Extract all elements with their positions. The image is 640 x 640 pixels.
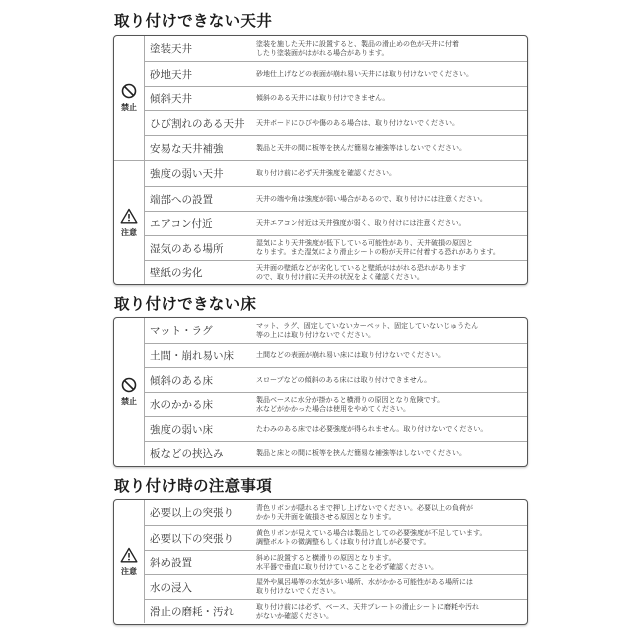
row-name: 土間・崩れ易い床 — [145, 348, 256, 363]
group-icon-column: 注意 — [114, 500, 145, 623]
table-row: ひび割れのある天井天井ボードにひびや傷のある場合は、取り付けないでください。 — [145, 110, 527, 135]
row-name: 安易な天井補強 — [145, 141, 256, 156]
row-name: エアコン付近 — [145, 216, 256, 231]
group-prohibited: 禁止 塗装天井塗装を施した天井に設置すると、製品の滑止めの色が天井に付着 したり… — [114, 36, 527, 160]
row-desc: 湿気により天井強度が低下している可能性があり、天井破損の原因と なります。また湿… — [256, 239, 527, 256]
row-name: 水の浸入 — [145, 580, 256, 595]
row-desc: マット、ラグ、固定していないカーペット、固定していないじゅうたん 等の上には取り… — [256, 322, 527, 339]
row-desc: 取り付け前には必ず、ベース、天井プレートの滑止シートに磨耗や汚れ がないか確認く… — [256, 603, 527, 620]
row-desc: 砂地仕上げなどの表面が崩れ易い天井には取り付けないでください。 — [256, 70, 527, 79]
row-name: 強度の弱い床 — [145, 422, 256, 437]
table-row: 強度の弱い床たわみのある床では必要強度が得られません。取り付けないでください。 — [145, 416, 527, 441]
row-desc: 傾斜のある天井には取り付けできません。 — [256, 94, 527, 103]
table-row: マット・ラグマット、ラグ、固定していないカーペット、固定していないじゅうたん 等… — [145, 318, 527, 343]
group-label-prohibited: 禁止 — [121, 396, 137, 407]
prohibition-icon — [121, 377, 137, 393]
table-row: 傾斜天井傾斜のある天井には取り付けできません。 — [145, 86, 527, 110]
table-row: 壁紙の劣化天井面の壁紙などが劣化していると壁紙がはがれる恐れがあります ので、取… — [145, 260, 527, 284]
row-name: 傾斜のある床 — [145, 373, 256, 388]
row-name: 必要以上の突張り — [145, 505, 256, 520]
group-icon-column: 注意 — [114, 161, 145, 284]
row-desc: 天井エアコン付近は天井強度が弱く、取り付けには注意ください。 — [256, 219, 527, 228]
table-row: 必要以下の突張り黄色リボンが見えている場合は製品としての必要強度が不足しています… — [145, 525, 527, 550]
group-label-caution: 注意 — [121, 566, 137, 577]
table-row: 滑止の磨耗・汚れ取り付け前には必ず、ベース、天井プレートの滑止シートに磨耗や汚れ… — [145, 599, 527, 623]
group-icon-column: 禁止 — [114, 318, 145, 465]
section-title-installation-cautions: 取り付け時の注意事項 — [114, 474, 272, 496]
row-desc: 天井の端や角は強度が弱い場合があるので、取り付けには注意ください。 — [256, 195, 527, 204]
row-desc: 天井面の壁紙などが劣化していると壁紙がはがれる恐れがあります ので、取り付け前に… — [256, 264, 527, 281]
row-desc: 黄色リボンが見えている場合は製品としての必要強度が不足しています。 調整ボルトの… — [256, 529, 527, 546]
row-name: 水のかかる床 — [145, 397, 256, 412]
row-desc: 製品と床との間に板等を挟んだ簡易な補強等はしないでください。 — [256, 449, 527, 458]
table-row: 塗装天井塗装を施した天井に設置すると、製品の滑止めの色が天井に付着 したり塗装面… — [145, 36, 527, 61]
table-row: 斜め設置斜めに設置すると横滑りの原因となります。 水平器で垂直に取り付けているこ… — [145, 550, 527, 574]
group-caution: 注意 必要以上の突張り青色リボンが隠れるまで押し上げないでください。必要以上の負… — [114, 500, 527, 623]
row-desc: 製品ベースに水分が掛かると横滑りの原因となり危険です。 水などがかかった場合は使… — [256, 396, 527, 413]
group-prohibited: 禁止 マット・ラグマット、ラグ、固定していないカーペット、固定していないじゅうた… — [114, 318, 527, 465]
row-name: 塗装天井 — [145, 41, 256, 56]
row-name: 砂地天井 — [145, 67, 256, 82]
row-name: 壁紙の劣化 — [145, 265, 256, 280]
row-desc: 屋外や風呂場等の水気が多い場所、水がかかる可能性がある場所には 取り付けないでく… — [256, 578, 527, 595]
table-row: エアコン付近天井エアコン付近は天井強度が弱く、取り付けには注意ください。 — [145, 211, 527, 235]
table-row: 砂地天井砂地仕上げなどの表面が崩れ易い天井には取り付けないでください。 — [145, 61, 527, 86]
table-row: 端部への設置天井の端や角は強度が弱い場合があるので、取り付けには注意ください。 — [145, 186, 527, 211]
warning-icon — [120, 547, 138, 563]
table-row: 安易な天井補強製品と天井の間に板等を挟んだ簡易な補強等はしないでください。 — [145, 135, 527, 160]
row-desc: 取り付け前に必ず天井強度を確認ください。 — [256, 169, 527, 178]
row-name: 板などの挟込み — [145, 446, 256, 461]
group-label-caution: 注意 — [121, 227, 137, 238]
row-desc: たわみのある床では必要強度が得られません。取り付けないでください。 — [256, 425, 527, 434]
row-name: ひび割れのある天井 — [145, 116, 256, 131]
row-desc: 青色リボンが隠れるまで押し上げないでください。必要以上の負荷が かかり天井面を破… — [256, 504, 527, 521]
warning-icon — [120, 208, 138, 224]
row-name: 斜め設置 — [145, 555, 256, 570]
group-label-prohibited: 禁止 — [121, 102, 137, 113]
table-row: 湿気のある場所湿気により天井強度が低下している可能性があり、天井破損の原因と な… — [145, 235, 527, 260]
row-desc: 天井ボードにひびや傷のある場合は、取り付けないでください。 — [256, 119, 527, 128]
floor-restrictions-table: 禁止 マット・ラグマット、ラグ、固定していないカーペット、固定していないじゅうた… — [113, 317, 528, 467]
section-title-floor: 取り付けできない床 — [114, 292, 256, 314]
table-row: 強度の弱い天井取り付け前に必ず天井強度を確認ください。 — [145, 161, 527, 186]
prohibition-icon — [121, 83, 137, 99]
row-desc: スロープなどの傾斜のある床には取り付けできません。 — [256, 376, 527, 385]
table-row: 傾斜のある床スロープなどの傾斜のある床には取り付けできません。 — [145, 367, 527, 392]
row-name: 傾斜天井 — [145, 91, 256, 106]
table-row: 水の浸入屋外や風呂場等の水気が多い場所、水がかかる可能性がある場所には 取り付け… — [145, 574, 527, 599]
row-desc: 斜めに設置すると横滑りの原因となります。 水平器で垂直に取り付けていることを必ず… — [256, 554, 527, 571]
row-name: マット・ラグ — [145, 323, 256, 338]
table-row: 板などの挟込み製品と床との間に板等を挟んだ簡易な補強等はしないでください。 — [145, 441, 527, 465]
row-desc: 土間などの表面が崩れ易い床には取り付けないでください。 — [256, 351, 527, 360]
row-name: 強度の弱い天井 — [145, 166, 256, 181]
row-desc: 製品と天井の間に板等を挟んだ簡易な補強等はしないでください。 — [256, 144, 527, 153]
row-name: 滑止の磨耗・汚れ — [145, 604, 256, 619]
section-title-ceiling: 取り付けできない天井 — [114, 9, 272, 31]
row-name: 必要以下の突張り — [145, 531, 256, 546]
ceiling-restrictions-table: 禁止 塗装天井塗装を施した天井に設置すると、製品の滑止めの色が天井に付着 したり… — [113, 35, 528, 285]
installation-cautions-table: 注意 必要以上の突張り青色リボンが隠れるまで押し上げないでください。必要以上の負… — [113, 499, 528, 625]
group-icon-column: 禁止 — [114, 36, 145, 160]
table-row: 必要以上の突張り青色リボンが隠れるまで押し上げないでください。必要以上の負荷が … — [145, 500, 527, 525]
row-name: 端部への設置 — [145, 192, 256, 207]
table-row: 水のかかる床製品ベースに水分が掛かると横滑りの原因となり危険です。 水などがかか… — [145, 392, 527, 416]
table-row: 土間・崩れ易い床土間などの表面が崩れ易い床には取り付けないでください。 — [145, 343, 527, 367]
row-name: 湿気のある場所 — [145, 241, 256, 256]
group-caution: 注意 強度の弱い天井取り付け前に必ず天井強度を確認ください。 端部への設置天井の… — [114, 160, 527, 284]
row-desc: 塗装を施した天井に設置すると、製品の滑止めの色が天井に付着 したり塗装面がはがれ… — [256, 40, 527, 57]
